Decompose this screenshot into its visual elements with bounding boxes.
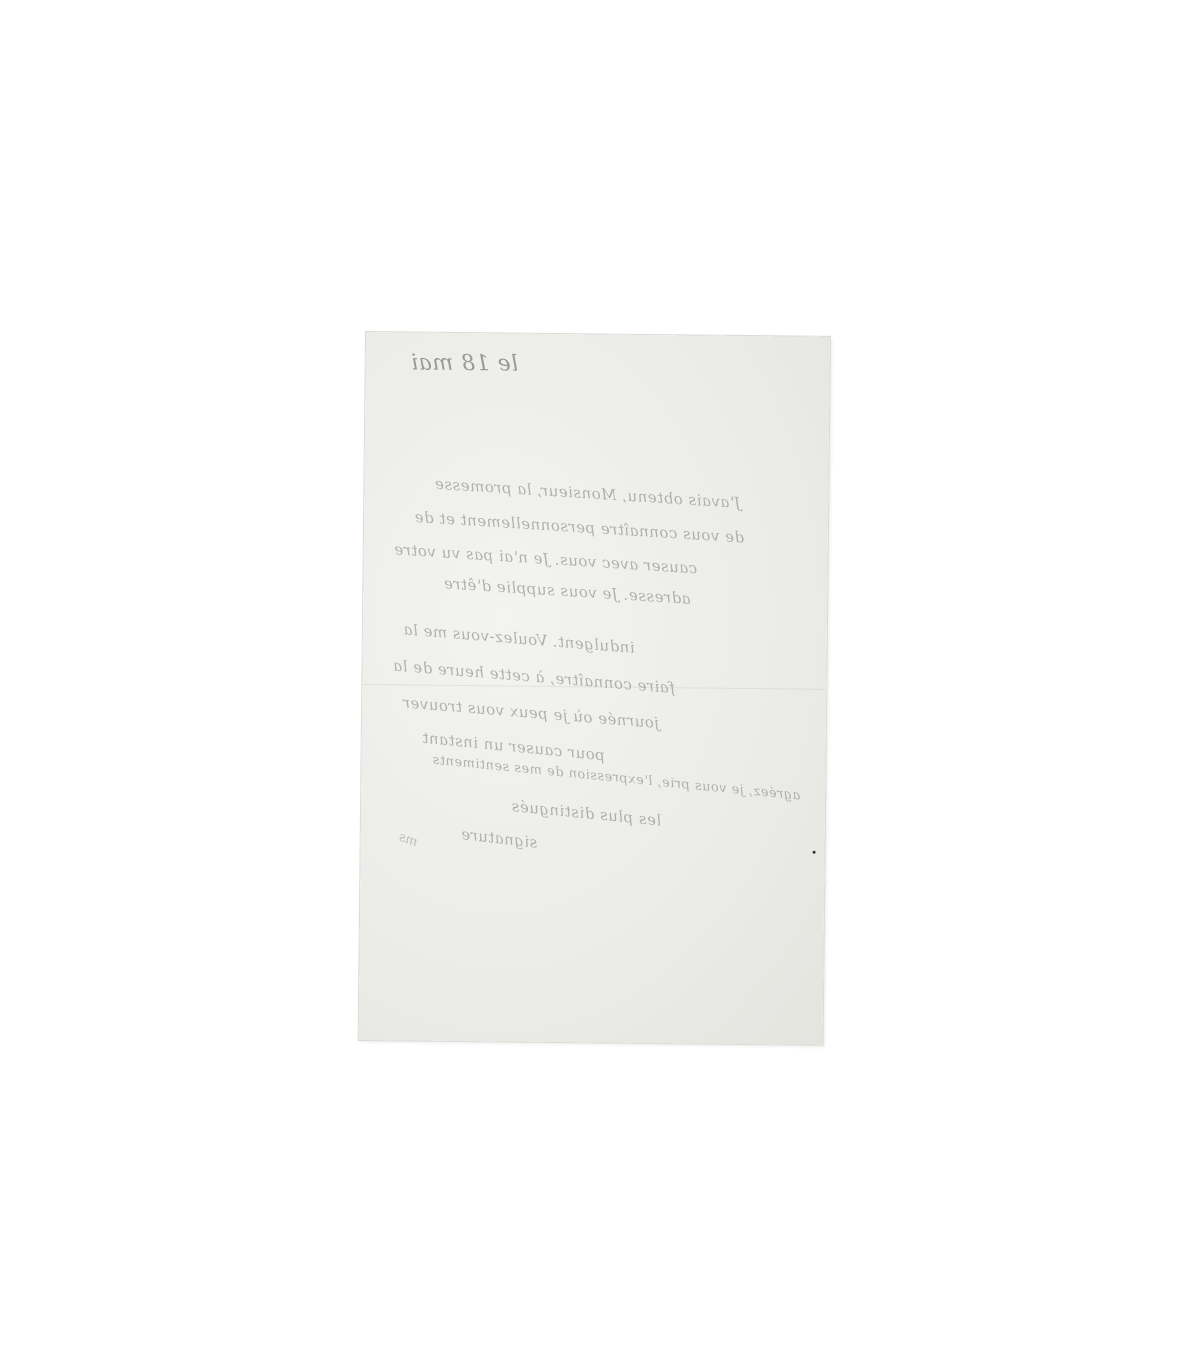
mirrored-signature: signature bbox=[460, 825, 538, 852]
ink-dot bbox=[813, 851, 816, 854]
mirrored-line-9: agréez, je vous prie, l'expression de me… bbox=[431, 753, 801, 804]
mirrored-line-4: adresse. Je vous supplie d'être bbox=[443, 574, 691, 608]
mirrored-line-7: journée où je peux vous trouver bbox=[402, 693, 660, 732]
mirrored-line-3: causer avec vous. Je n'ai pas vu votre bbox=[393, 540, 697, 577]
margin-note: ms bbox=[397, 830, 420, 851]
mirrored-line-5: indulgent. Voulez-vous me la bbox=[402, 620, 635, 657]
mirrored-line-1: J'avais obtenu, Monsieur, la promesse bbox=[434, 475, 741, 512]
mirrored-line-10: les plus distingués bbox=[510, 797, 662, 830]
mirrored-date: le 18 mai bbox=[411, 350, 519, 376]
letter-paper: le 18 mai J'avais obtenu, Monsieur, la p… bbox=[359, 332, 830, 1045]
mirrored-line-2: de vous connaître personnellement et de bbox=[414, 508, 745, 547]
mirrored-line-6: faire connaître, à cette heure de la bbox=[392, 656, 675, 697]
